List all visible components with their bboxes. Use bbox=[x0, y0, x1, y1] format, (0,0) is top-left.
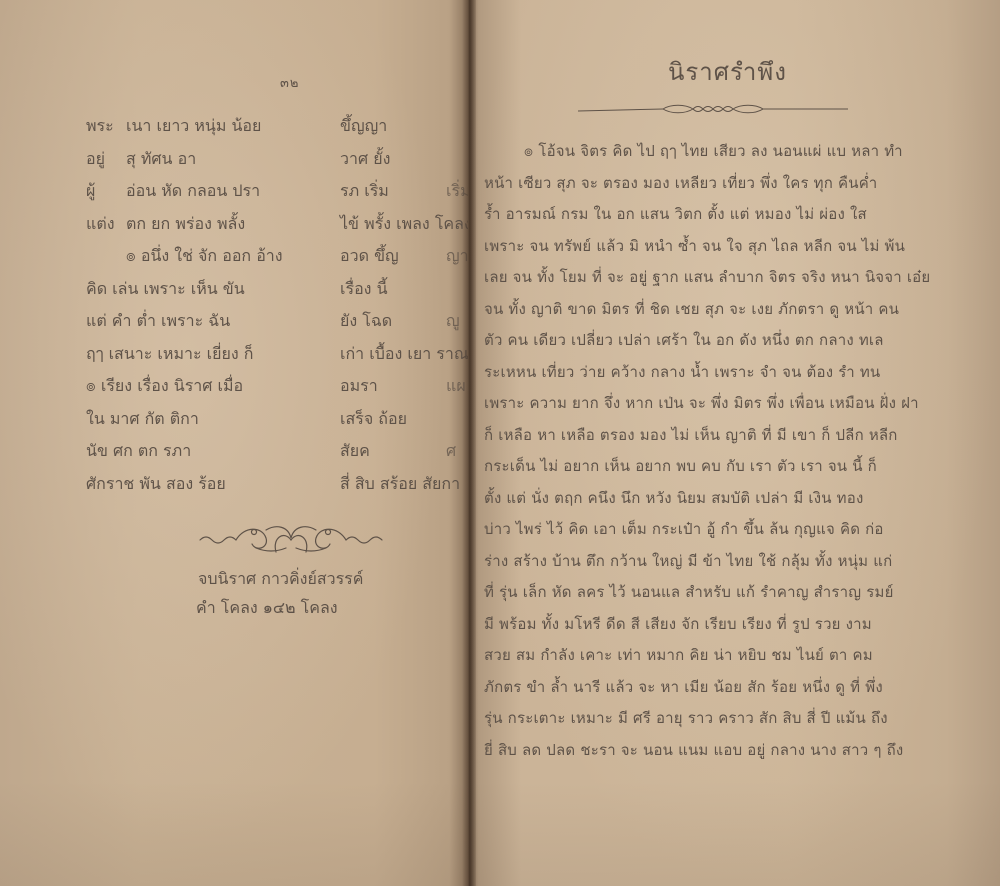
verse-hemistich-a: สุ ทัศน อา bbox=[126, 147, 196, 172]
verse-row: พระ เนา เยาว หนุ่ม น้อย ขึ้ญญา bbox=[86, 108, 468, 141]
verse-hemistich-a: เนา เยาว หนุ่ม น้อย bbox=[126, 114, 261, 139]
verse-hemistich-a: ๏ อนึ่ง ใช่ จัก ออก อ้าง bbox=[126, 244, 283, 269]
verse-hemistich-b: ขึ้ญญา bbox=[340, 114, 387, 139]
verse-hemistich-b: เสร็จ ถ้อย bbox=[340, 407, 407, 432]
verse-hemistich-a: แต่ คำ ต่ำ เพราะ ฉัน bbox=[86, 309, 230, 334]
left-page: ๓๒ พระ เนา เยาว หนุ่ม น้อย ขึ้ญญา อยู่ ส… bbox=[0, 0, 468, 886]
poem-line: เพราะ จน ทรัพย์ แล้ว มิ หนำ ซ้ำ จน ใจ สุ… bbox=[484, 231, 964, 263]
poem-line: เลย จน ทั้ง โยม ที่ จะ อยู่ ฐาก แสน ลำบา… bbox=[484, 262, 964, 294]
verse-hemistich-b: รภ เริ่ม bbox=[340, 179, 389, 204]
verse-hemistich-a: ตก ยก พร่อง พลั้ง bbox=[126, 212, 245, 237]
verse-hemistich-b: สัยค bbox=[340, 439, 370, 464]
verse-hemistich-b: ไข้ พรั้ง เพลง โคลง bbox=[340, 212, 468, 237]
poem-line: ๏ โอ้จน จิตร คิด ไป ฤๅ ไทย เสียว ลง นอนแ… bbox=[484, 136, 964, 168]
poem-line: จน ทั้ง ญาติ ขาด มิตร ที่ ชิด เชย สุภ จะ… bbox=[484, 294, 964, 326]
verse-row: ๏ อนึ่ง ใช่ จัก ออก อ้าง อวด ขึ้ญ ญา bbox=[86, 238, 468, 271]
verse-hemistich-b: อวด ขึ้ญ bbox=[340, 244, 399, 269]
verse-row: ๏ เรียง เรื่อง นิราศ เมื่อ อมรา แผ bbox=[86, 368, 468, 401]
verse-row: นัข ศก ตก รภา สัยค ศ bbox=[86, 433, 468, 466]
colophon-title: จบนิราศ กาวคิ่งย์สวรรค์ bbox=[198, 567, 363, 592]
poem-line: ร้ำ อารมณ์ กรม ใน อก แสน วิตก ตั้ง แต่ ห… bbox=[484, 199, 964, 231]
verse-hemistich-b: สี่ สิบ สร้อย สัยกา bbox=[340, 472, 460, 497]
verse-bleed-through: ญู bbox=[446, 309, 460, 334]
verse-lead-word: แต่ง bbox=[86, 212, 126, 237]
verse-hemistich-a: ศักราช พัน สอง ร้อย bbox=[86, 472, 226, 497]
verse-hemistich-a: ใน มาศ กัต ติกา bbox=[86, 407, 199, 432]
verse-hemistich-a: นัข ศก ตก รภา bbox=[86, 439, 191, 464]
poem-line: ร่าง สร้าง บ้าน ตึก กว้าน ใหญ่ มี ข้า ไท… bbox=[484, 546, 964, 578]
verse-row: คิด เล่น เพราะ เห็น ขัน เรื่อง นี้ bbox=[86, 271, 468, 304]
verse-row: ศักราช พัน สอง ร้อย สี่ สิบ สร้อย สัยกา bbox=[86, 466, 468, 499]
open-book-spread: ๓๒ พระ เนา เยาว หนุ่ม น้อย ขึ้ญญา อยู่ ส… bbox=[0, 0, 1000, 886]
poem-line: ยี่ สิบ ลด ปลด ชะรา จะ นอน แนม แอบ อยู่ … bbox=[484, 735, 964, 767]
poem-line: ตั้ง แต่ นั่ง ตฤก คนึง นึก หวัง นิยม สมบ… bbox=[484, 483, 964, 515]
verse-lead-word: พระ bbox=[86, 114, 126, 139]
verse-hemistich-a: คิด เล่น เพราะ เห็น ขัน bbox=[86, 277, 245, 302]
verse-row: แต่ คำ ต่ำ เพราะ ฉัน ยัง โฉด ญู bbox=[86, 303, 468, 336]
colophon-verse-count: คำ โคลง ๑๔๒ โคลง bbox=[196, 596, 338, 621]
poem-line: ภักตร ขำ ล้ำ นารี แล้ว จะ หา เมีย น้อย ส… bbox=[484, 672, 964, 704]
poem-line: กระเด็น ไม่ อยาก เห็น อยาก พบ คบ กับ เรา… bbox=[484, 451, 964, 483]
poem-line: ก็ เหลือ หา เหลือ ตรอง มอง ไม่ เห็น ญาติ… bbox=[484, 420, 964, 452]
decorative-rule-ornament-icon bbox=[578, 102, 848, 118]
poem-line: บ่าว ไพร่ ไว้ คิด เอา เต็ม กระเป๋า อู้ ก… bbox=[484, 514, 964, 546]
page-shadow bbox=[0, 780, 1000, 886]
verse-hemistich-b: อมรา bbox=[340, 374, 378, 399]
verse-hemistich-b: ยัง โฉด bbox=[340, 309, 392, 334]
chapter-title: นิราศรำพึง bbox=[668, 52, 787, 91]
verse-row: ใน มาศ กัต ติกา เสร็จ ถ้อย bbox=[86, 401, 468, 434]
verse-lead-word: ผู้ bbox=[86, 179, 126, 204]
verse-hemistich-a: อ่อน หัด กลอน ปรา bbox=[126, 179, 260, 204]
poem-line: มี พร้อม ทั้ง มโหรี ดีด สี เสียง จัก เรี… bbox=[484, 609, 964, 641]
verse-row: อยู่ สุ ทัศน อา วาศ ยั้ง bbox=[86, 141, 468, 174]
verse-hemistich-b: เก่า เบื้อง เยา ราณ bbox=[340, 342, 468, 367]
book-gutter bbox=[462, 0, 476, 886]
floral-scroll-ornament-icon bbox=[196, 522, 386, 556]
poem-line: เพราะ ความ ยาก จึ่ง หาก เป่น จะ พึ่ง มิต… bbox=[484, 388, 964, 420]
page-number: ๓๒ bbox=[280, 72, 299, 93]
verse-hemistich-b: วาศ ยั้ง bbox=[340, 147, 390, 172]
verse-bleed-through: ศ bbox=[446, 439, 456, 464]
verse-row: แต่ง ตก ยก พร่อง พลั้ง ไข้ พรั้ง เพลง โค… bbox=[86, 206, 468, 239]
verse-table: พระ เนา เยาว หนุ่ม น้อย ขึ้ญญา อยู่ สุ ท… bbox=[86, 108, 468, 498]
poem-line: รุ่น กระเตาะ เหมาะ มี ศรี อายุ ราว คราว … bbox=[484, 703, 964, 735]
verse-hemistich-b: เรื่อง นี้ bbox=[340, 277, 388, 302]
poem-line: ตัว คน เดียว เปลี่ยว เปล่า เศร้า ใน อก ด… bbox=[484, 325, 964, 357]
verse-row: ฤๅ เสนาะ เหมาะ เยี่ยง ก็ เก่า เบื้อง เยา… bbox=[86, 336, 468, 369]
verse-row: ผู้ อ่อน หัด กลอน ปรา รภ เริ่ม เริ่มแ bbox=[86, 173, 468, 206]
poem-body: ๏ โอ้จน จิตร คิด ไป ฤๅ ไทย เสียว ลง นอนแ… bbox=[484, 136, 964, 766]
verse-lead-word: อยู่ bbox=[86, 147, 126, 172]
verse-hemistich-a: ฤๅ เสนาะ เหมาะ เยี่ยง ก็ bbox=[86, 342, 253, 367]
poem-line: สวย สม กำลัง เคาะ เท่า หมาก คิย น่า หยิบ… bbox=[484, 640, 964, 672]
poem-line: หน้า เซียว สุภ จะ ตรอง มอง เหลียว เที่ยว… bbox=[484, 168, 964, 200]
poem-line: ที่ รุ่น เล็ก หัด ลคร ไว้ นอนแล สำหรับ แ… bbox=[484, 577, 964, 609]
verse-hemistich-a: ๏ เรียง เรื่อง นิราศ เมื่อ bbox=[86, 374, 243, 399]
poem-line: ระเหหน เที่ยว ว่าย คว้าง กลาง น้ำ เพราะ … bbox=[484, 357, 964, 389]
